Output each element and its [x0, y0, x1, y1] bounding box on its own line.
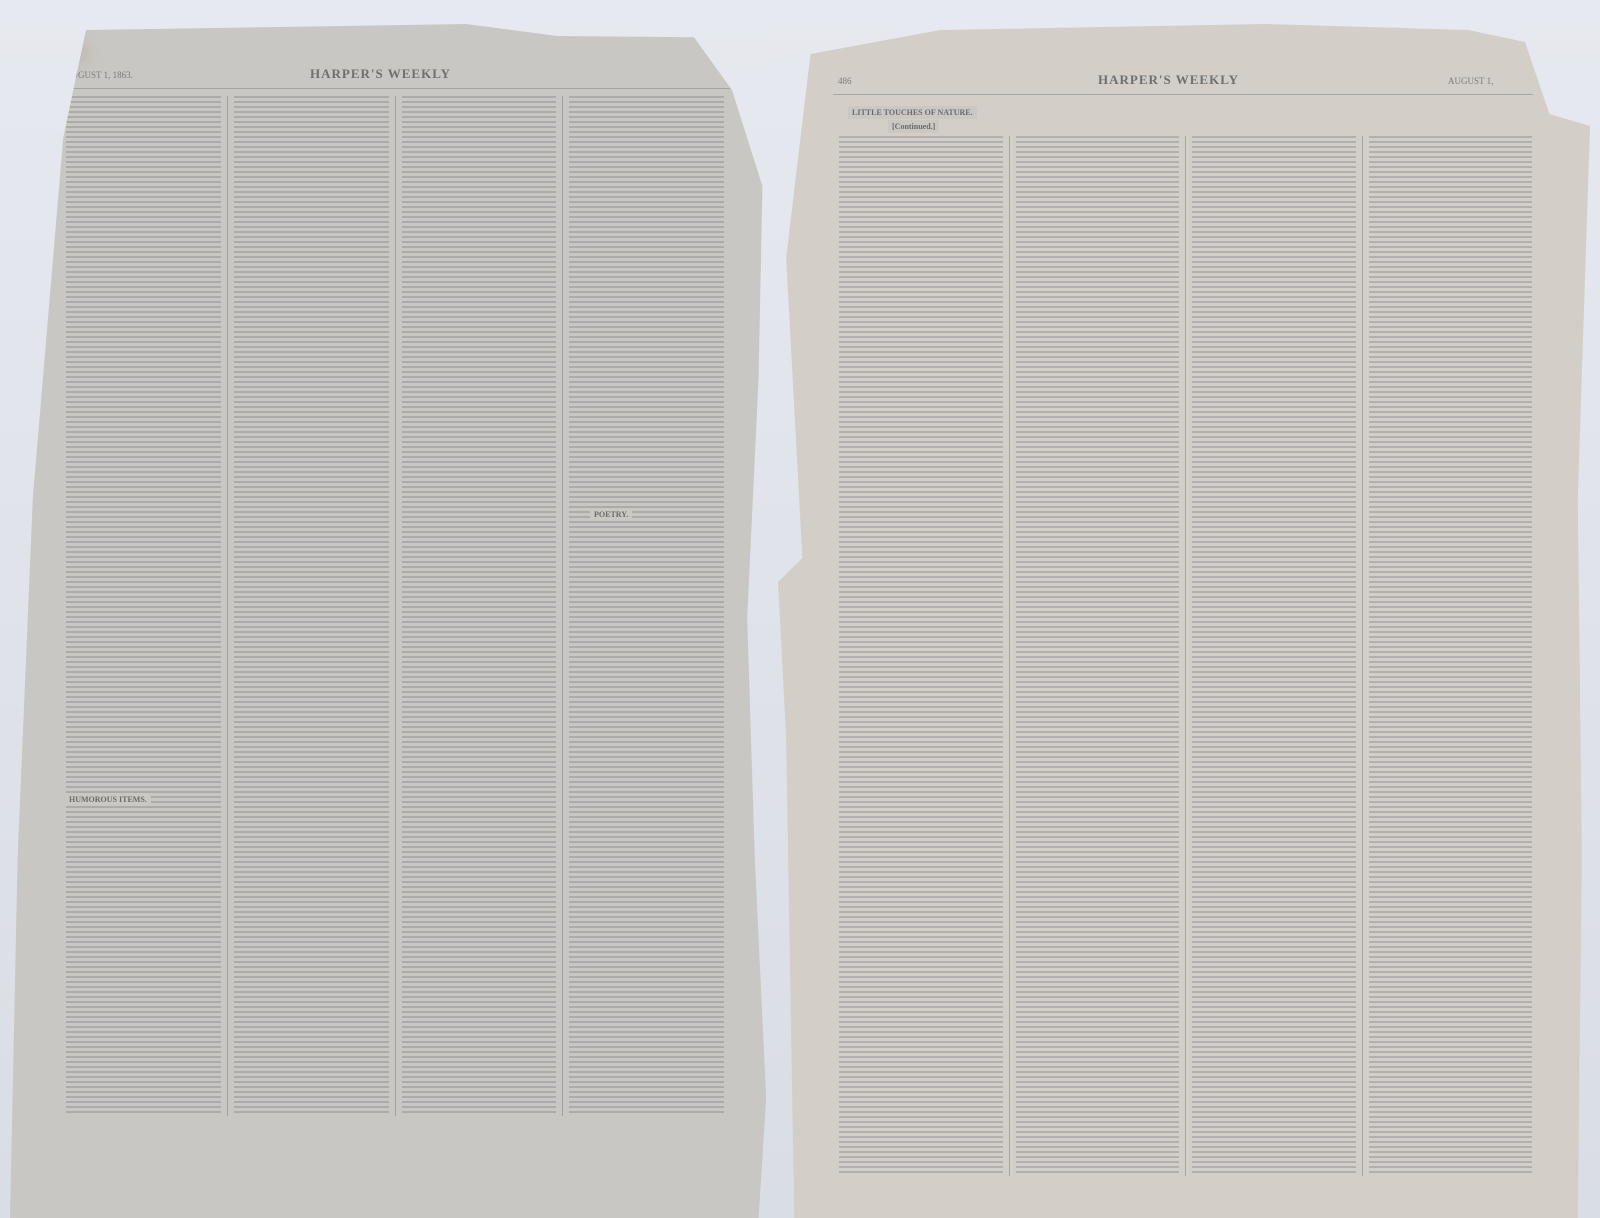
newspaper-page-left: AUGUST 1, 1863. HARPER'S WEEKLY POETRY. …: [10, 18, 770, 1218]
section-subheading: [Continued.]: [888, 120, 939, 133]
page-number: 486: [838, 76, 852, 86]
text-columns: [833, 136, 1538, 1176]
header-rule: [833, 94, 1533, 95]
text-column: [1186, 136, 1363, 1176]
text-column: [833, 136, 1010, 1176]
masthead: HARPER'S WEEKLY: [1098, 72, 1239, 88]
text-column: [60, 96, 228, 1116]
section-heading: LITTLE TOUCHES OF NATURE.: [848, 106, 977, 119]
masthead: HARPER'S WEEKLY: [310, 66, 451, 82]
text-column: [396, 96, 564, 1116]
date-folio: AUGUST 1,: [1448, 76, 1493, 86]
text-columns: [60, 96, 730, 1116]
section-heading: HUMOROUS ITEMS.: [65, 793, 151, 806]
text-column: [1010, 136, 1187, 1176]
text-column: [563, 96, 730, 1116]
header-rule: [60, 88, 730, 89]
newspaper-page-right: 486 HARPER'S WEEKLY AUGUST 1, LITTLE TOU…: [778, 18, 1590, 1218]
section-heading: POETRY.: [590, 508, 632, 521]
text-column: [1363, 136, 1539, 1176]
text-column: [228, 96, 396, 1116]
